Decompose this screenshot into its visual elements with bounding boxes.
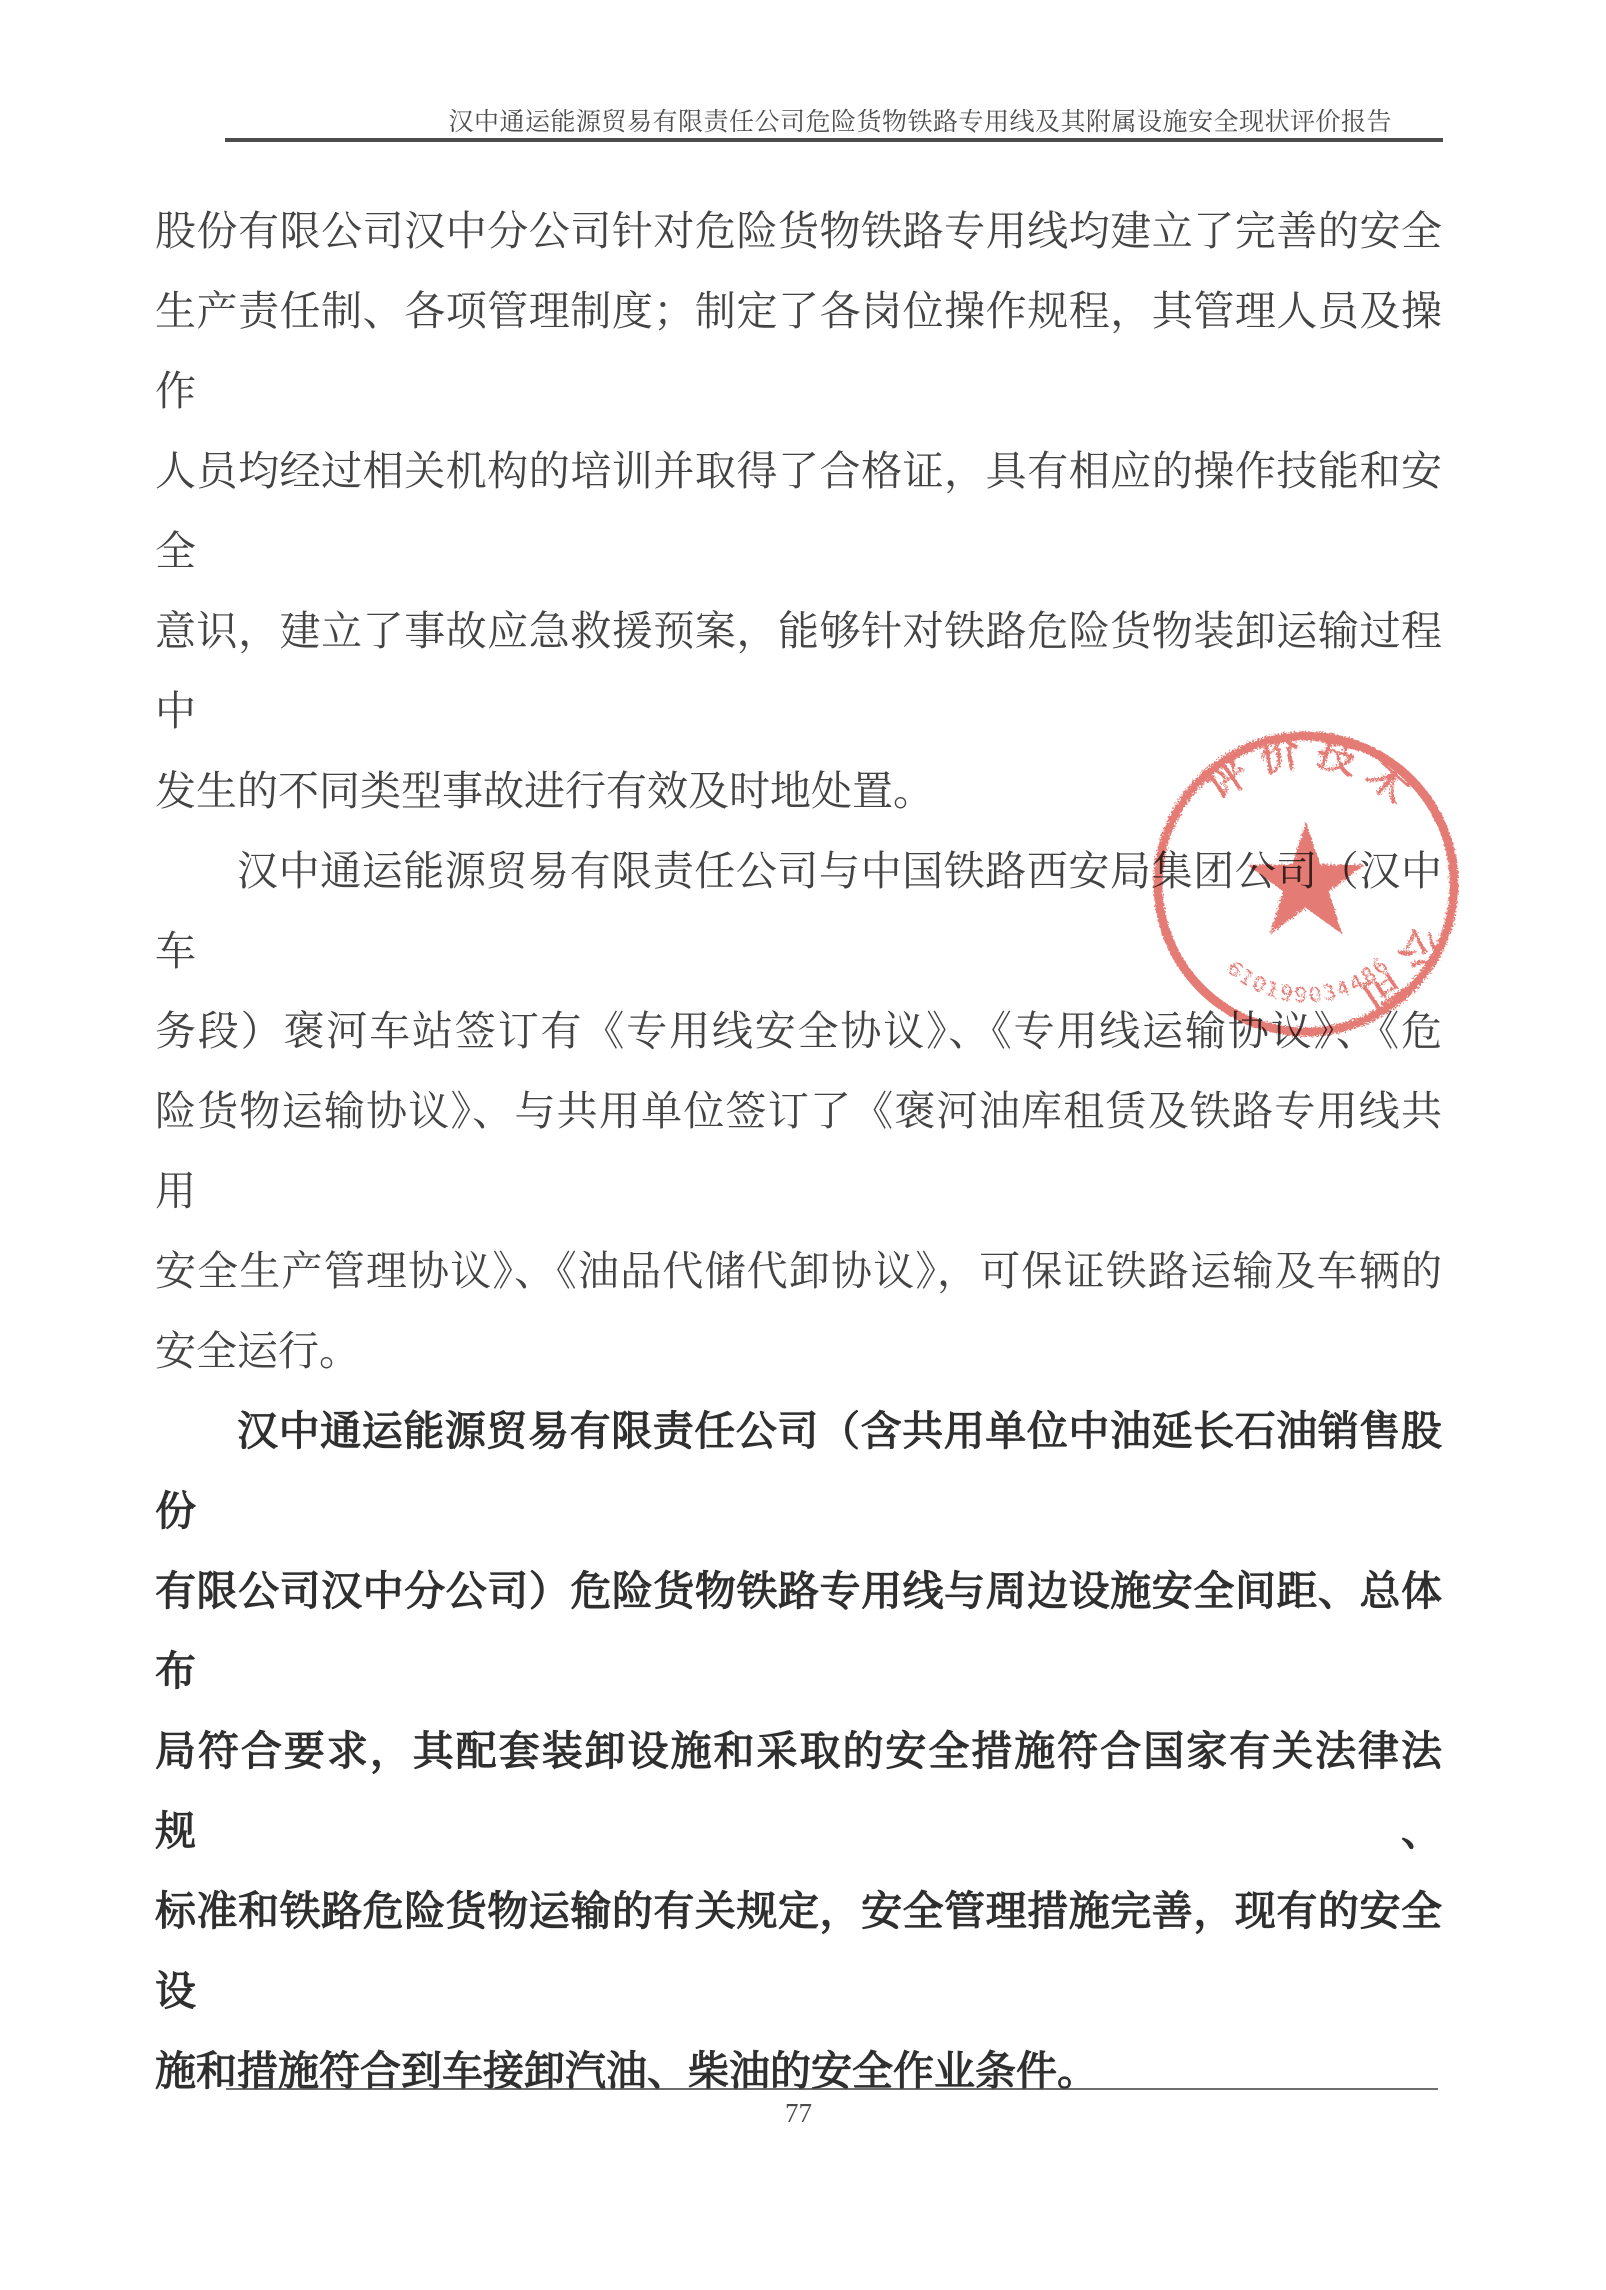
- text-line: 股份有限公司汉中分公司针对危险货物铁路专用线均建立了完善的安全: [155, 191, 1442, 271]
- text-line: 生产责任制、各项管理制度；制定了各岗位操作规程，其管理人员及操作: [155, 271, 1442, 431]
- footer-rule: [226, 2088, 1438, 2090]
- text-line: 有限公司汉中分公司）危险货物铁路专用线与周边设施安全间距、总体布: [155, 1551, 1442, 1711]
- text-line: 局符合要求，其配套装卸设施和采取的安全措施符合国家有关法律法规、: [155, 1711, 1442, 1871]
- company-seal: 评价技术 公司 6101990344862: [1136, 722, 1476, 1052]
- text-line: 险货物运输协议》、与共用单位签订了《褒河油库租赁及铁路专用线共用: [155, 1071, 1442, 1231]
- text-line: 汉中通运能源贸易有限责任公司（含共用单位中油延长石油销售股份: [155, 1391, 1442, 1551]
- svg-text:评价技术: 评价技术: [1198, 728, 1428, 820]
- page-header-title: 汉中通运能源贸易有限责任公司危险货物铁路专用线及其附属设施安全现状评价报告: [448, 102, 1392, 138]
- header-rule: [225, 138, 1443, 142]
- paragraph-conclusion: 汉中通运能源贸易有限责任公司（含共用单位中油延长石油销售股份 有限公司汉中分公司…: [155, 1391, 1442, 2111]
- text-line: 安全运行。: [155, 1311, 1442, 1391]
- document-body: 股份有限公司汉中分公司针对危险货物铁路专用线均建立了完善的安全 生产责任制、各项…: [155, 191, 1442, 2111]
- text-line: 人员均经过相关机构的培训并取得了合格证，具有相应的操作技能和安全: [155, 431, 1442, 591]
- seal-arc-text-top: 评价技术: [1198, 728, 1428, 820]
- text-line: 标准和铁路危险货物运输的有关规定，安全管理措施完善，现有的安全设: [155, 1871, 1442, 2031]
- star-icon: [1247, 822, 1365, 934]
- report-page: 汉中通运能源贸易有限责任公司危险货物铁路专用线及其附属设施安全现状评价报告 股份…: [0, 0, 1606, 2290]
- text-line: 安全生产管理协议》、《油品代储代卸协议》，可保证铁路运输及车辆的: [155, 1231, 1442, 1311]
- page-number: 77: [155, 2098, 1442, 2129]
